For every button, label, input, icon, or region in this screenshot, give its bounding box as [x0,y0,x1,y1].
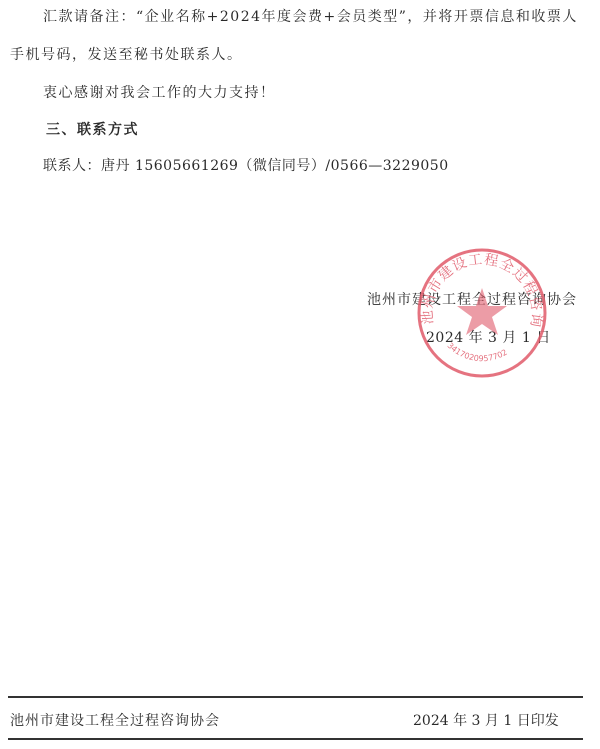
footer-organization: 池州市建设工程全过程咨询协会 [10,710,220,730]
footer-issue-date: 2024 年 3 月 1 日印发 [413,710,559,730]
contact-info: 联系人：唐丹 15605661269（微信同号）/0566—3229050 [43,155,449,175]
official-seal-stamp: 池州市建设工程全过程咨询协会 3417020957702 [415,246,549,380]
stamp-number: 3417020957702 [446,341,509,363]
thanks-paragraph: 衷心感谢对我会工作的大力支持！ [43,82,276,102]
star-icon [457,288,507,335]
payment-note-line-1: 汇款请备注：“企业名称+2024年度会费+会员类型”，并将开票信息和收票人 [43,6,578,26]
svg-text:3417020957702: 3417020957702 [446,341,509,363]
footer-bottom-rule [8,738,583,740]
payment-note-line-2: 手机号码，发送至秘书处联系人。 [10,44,243,64]
section-heading-contact: 三、联系方式 [46,119,139,139]
footer-top-rule [8,696,583,698]
